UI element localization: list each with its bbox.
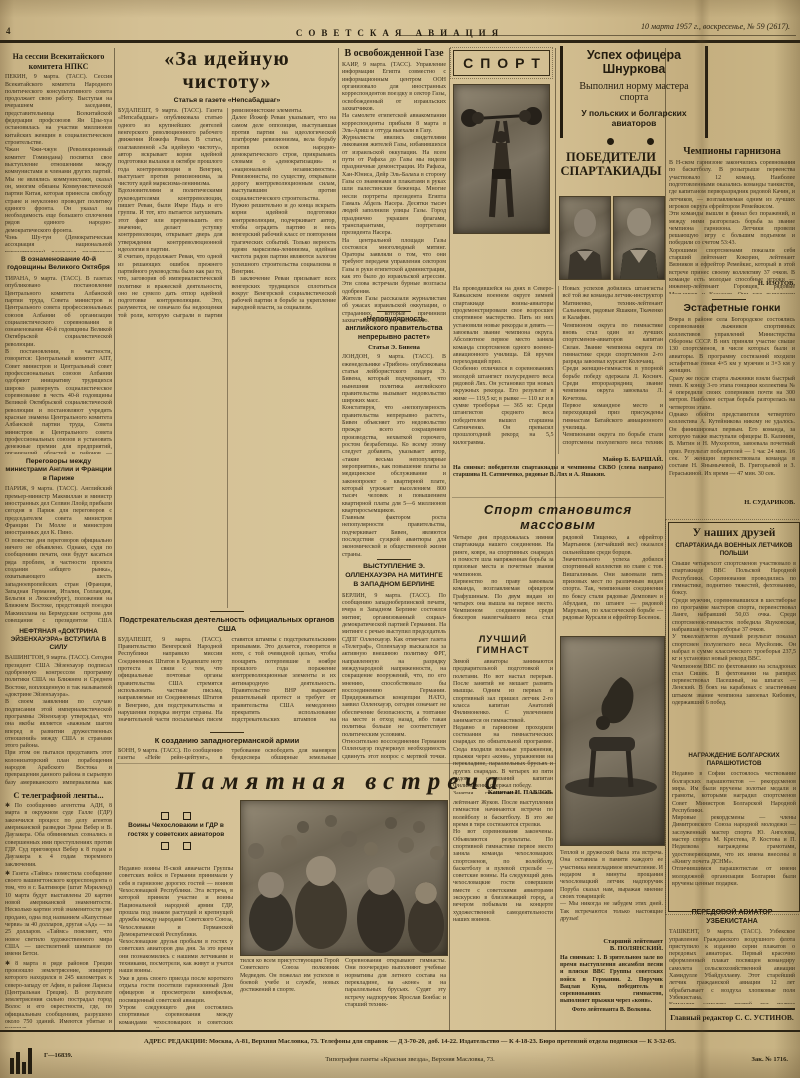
pamyat-col3: Соревнования открывают гимнасты. Они поо…	[345, 958, 446, 1028]
article-title: НЕФТЯНАЯ «ДОКТРИНА ЭЙЗЕНХАУЭРА» ВСТУПИЛА…	[5, 628, 112, 652]
article-title: На сессии Всекитайского комитета НПКС	[5, 52, 112, 71]
telegraph-item: ✱ По сообщению агентства АДН, 8 марта в …	[5, 803, 112, 869]
article-title: Спорт становится массовым	[453, 502, 663, 532]
headline-shnurkov: Успех офицера Шнуркова	[567, 49, 701, 77]
article-body-ksozdaniyu: БОНН, 9 марта. (ТАСС). По сообщению газе…	[118, 748, 336, 760]
editorial-address: АДРЕС РЕДАКЦИИ: Москва, А-81, Верхняя Ма…	[100, 1038, 720, 1045]
sport-section-title: СПОРТ	[456, 55, 547, 71]
article-title: ЛУЧШИЙ ГИМНАСТ	[453, 634, 553, 656]
article-oktyabr: В ознаменование 40-й годовщины Великого …	[5, 256, 112, 454]
pamyat-headline: Памятная встреча	[125, 768, 555, 796]
article-title-ollenhauer: ВЫСТУПЛЕНИЕ Э. ОЛЛЕНХАУЭРА НА МИТИНГЕ В …	[342, 563, 446, 589]
article-body-podstrek: БУДАПЕШТ, 9 марта. (ТАСС). Правительство…	[118, 637, 336, 729]
pamyat-col1: Недавно воины Н-ской авиачасти Группы со…	[119, 866, 233, 1028]
separator	[210, 732, 244, 733]
article-title-podstrek: Подстрекательская деятельность официальн…	[118, 615, 336, 634]
column-gaza: В освобожденной Газе КАИР, 9 марта. (ТАС…	[342, 48, 446, 760]
article-subtitle: Статья в газете «Непсабадшаг»	[118, 97, 336, 104]
telegraph-item: ✱ Газета «Таймс» поместила сообщение сво…	[5, 871, 112, 959]
article-body: ВАШИНГТОН, 9 марта. (ТАСС). Сегодня през…	[5, 655, 112, 786]
decorative-squares	[119, 812, 233, 820]
article-body: БУДАПЕШТ, 9 марта. (ТАСС). Газета «Непса…	[118, 108, 336, 608]
weightlifter-silhouette	[454, 85, 549, 233]
pamyat-col4: лейтенант Жуков. После выступления гимна…	[453, 800, 553, 1028]
masthead-title: СОВЕТСКАЯ АВИАЦИЯ	[200, 28, 600, 38]
article-body: На проводившейся на днях в Северо-Кавказ…	[453, 286, 663, 454]
article-title: Переговоры между министрами Англии и Фра…	[5, 458, 112, 483]
friends-body-2: Недавно в Софии состоялось чествование б…	[672, 771, 796, 903]
article-doktrina: НЕФТЯНАЯ «ДОКТРИНА ЭЙЗЕНХАУЭРА» ВСТУПИЛА…	[5, 628, 112, 786]
weightlifter-photo	[453, 84, 550, 234]
portrait-photo-2	[613, 196, 665, 280]
friends-box: У наших друзей СПАРТАКИАДА ВОЕННЫХ ЛЕТЧИ…	[668, 522, 800, 912]
sport-section-box: СПОРТ	[453, 50, 550, 76]
section-rule	[116, 763, 556, 764]
article-title: ПЕРЕДОВОЙ АВИАТОР УЗБЕКИСТАНА	[669, 908, 795, 926]
article-title: Эстафетные гонки	[669, 302, 795, 314]
footer-rule	[0, 1030, 800, 1032]
article-massovym: Спорт становится массовым Четыре дня про…	[453, 502, 663, 630]
section-rule	[452, 497, 664, 498]
article-signature: Майор Б. БАРШАЙ.	[453, 456, 663, 463]
editor-signature: Главный редактор С. С. УСТИНОВ.	[669, 1008, 795, 1022]
article-za-ideynuyu: «За идейную чистоту» Статья в газете «Не…	[118, 48, 336, 760]
article-telegraph: С телеграфной ленты... ✱ По сообщению аг…	[5, 790, 112, 1028]
subheadline-norm: Выполнил норму мастера спорта	[567, 81, 701, 103]
masthead-dateline: 10 марта 1957 г., воскресенье, № 59 (261…	[550, 22, 790, 31]
portrait-photo-1	[559, 196, 611, 280]
gymnast-photo	[560, 636, 665, 846]
masthead-rule-thin	[400, 35, 796, 36]
masthead-rule-thick	[0, 40, 800, 43]
column-rule	[665, 48, 666, 1030]
shnurkov-headline-block: Успех офицера Шнуркова Выполнил норму ма…	[560, 46, 708, 138]
pamyat-col5: Теплой и дружеской была эта встреча. Она…	[560, 850, 663, 936]
subheadline-aviators: У польских и болгарских авиаторов	[567, 108, 701, 128]
friends-body-1: Свыше четырехсот спортсменов участвовало…	[672, 561, 796, 749]
pamyat-subhead-block: Воины Чехословакии и ГДР в гостях у сове…	[119, 810, 233, 852]
article-body-bevan: ЛОНДОН, 9 марта. (ТАСС). В еженедельнике…	[342, 354, 446, 556]
article-subtitle-bevan: Статья Э. Бивена	[342, 344, 446, 351]
separator	[712, 299, 746, 300]
article-body-gaza: КАИР, 9 марта. (ТАСС). Управление информ…	[342, 62, 446, 308]
pamyat-col5-block: Теплой и дружеской была эта встреча. Она…	[560, 850, 663, 1030]
article-title-gaza: В освобожденной Газе	[342, 48, 446, 59]
typography-line: Типография газеты «Красная звезда», Верх…	[200, 1056, 620, 1063]
article-pobediteli-body: На проводившейся на днях в Северо-Кавказ…	[453, 286, 663, 492]
article-title-ksozdaniyu: К созданию западногерманской армии	[118, 736, 336, 745]
separator	[210, 611, 244, 612]
pamyat-caption: На снимках: 1. В зрительном зале во врем…	[560, 955, 663, 1005]
article-title: С телеграфной ленты...	[5, 790, 112, 800]
censor-code: Г—16839.	[44, 1052, 72, 1059]
photo-caption: На снимке: победители спартакиады и чемп…	[453, 465, 663, 479]
audience-photo	[240, 800, 448, 956]
page-number: 4	[6, 26, 11, 36]
article-title: Чемпионы гарнизона	[669, 146, 795, 157]
column-rule	[338, 48, 339, 760]
decorative-squares	[119, 842, 233, 850]
article-title: «За идейную чистоту»	[118, 48, 336, 94]
article-body: ПЕКИН, 9 марта. (ТАСС). Сессия Всекитайс…	[5, 74, 112, 252]
article-champions: Чемпионы гарнизона В Н-ском гарнизоне за…	[669, 146, 795, 294]
article-title: В ознаменование 40-й годовщины Великого …	[5, 256, 112, 273]
friends-subhead-2: НАГРАЖДЕНИЕ БОЛГАРСКИХ ПАРАШЮТИСТОВ	[672, 752, 796, 768]
column-rule	[449, 48, 450, 1030]
newspaper-page: 4 СОВЕТСКАЯ АВИАЦИЯ 10 марта 1957 г., во…	[0, 0, 800, 1078]
article-npks: На сессии Всекитайского комитета НПКС ПЕ…	[5, 52, 112, 252]
order-number: Зак. № 1716.	[668, 1056, 788, 1063]
article-body: ТАШКЕНТ, 9 марта. (ТАСС). Узбекское упра…	[669, 929, 795, 1001]
column-rule	[114, 48, 115, 1030]
article-estafeta: Эстафетные гонки Вчера в районе села Бог…	[669, 302, 795, 514]
article-body: Четыре дня продолжалась зимняя спартакиа…	[453, 535, 663, 627]
article-body: ТИРАНА, 9 марта. (ТАСС). В газетах опубл…	[5, 276, 112, 454]
separator	[377, 559, 411, 560]
print-marks-icon	[8, 1044, 42, 1074]
article-signature: Н. СУДАРИКОВ.	[669, 499, 795, 506]
friends-subhead-1: СПАРТАКИАДА ВОЕННЫХ ЛЕТЧИКОВ ПОЛЬШИ	[672, 542, 796, 558]
telegraph-item: ✱ 8 марта в ряде районов Греции произошл…	[5, 961, 112, 1028]
article-body-ollenhauer: БЕРЛИН, 9 марта. (ТАСС). По сообщению за…	[342, 593, 446, 745]
article-title-pobediteli: ПОБЕДИТЕЛИ СПАРТАКИАДЫ	[558, 150, 664, 179]
article-uzbek: ПЕРЕДОВОЙ АВИАТОР УЗБЕКИСТАНА ТАШКЕНТ, 9…	[669, 908, 795, 1004]
photo-credit: Фото лейтенанта В. Волкова.	[560, 1007, 663, 1014]
pamyat-col2: тился ко всем присутствующим Герой Совет…	[240, 958, 339, 1028]
pamyat-subhead: Воины Чехословакии и ГДР в гостях у сове…	[119, 822, 233, 840]
article-body: В Н-ском гарнизоне закончились соревнова…	[669, 160, 795, 278]
pamyat-signature: Старший лейтенант В. ПОЛЯНСКИЙ.	[560, 938, 663, 952]
friends-title: У наших друзей	[672, 527, 796, 539]
decorative-dots	[590, 138, 670, 145]
article-body: Вчера в районе села Богородское состояли…	[669, 317, 795, 497]
article-signature: А. ВОЛОДИН.	[453, 629, 663, 630]
article-body: ПАРИЖ, 9 марта. (ТАСС). Английский премь…	[5, 486, 112, 624]
article-peregovory: Переговоры между министрами Англии и Фра…	[5, 458, 112, 624]
